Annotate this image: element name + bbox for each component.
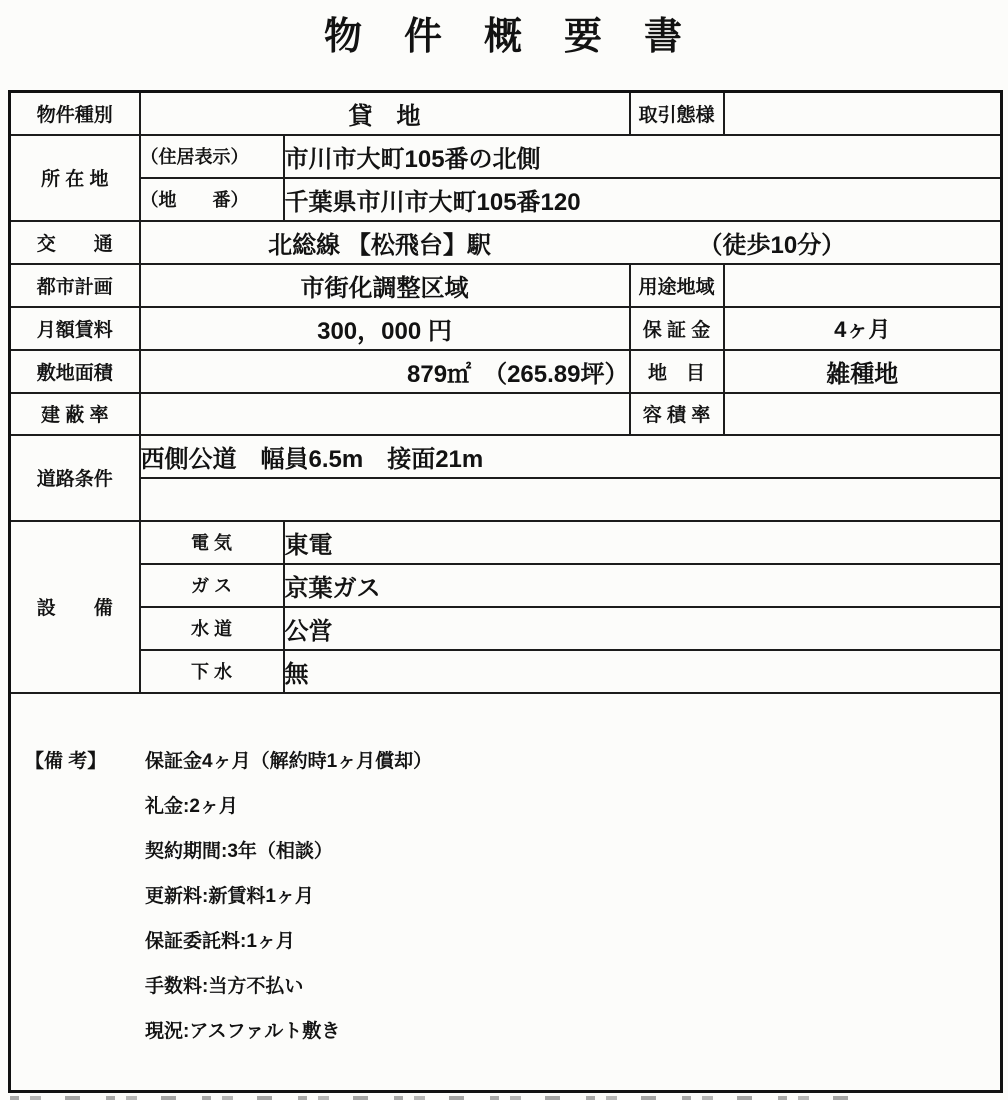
location-lot-number-label: （地 番） [140, 178, 284, 221]
access-walk-time: （徒歩10分） [699, 225, 846, 260]
table-row: （地 番） 千葉県市川市大町105番120 [10, 178, 1002, 221]
property-type-label: 物件種別 [10, 92, 140, 135]
road-conditions-line2 [140, 478, 1002, 521]
table-row: 建 蔽 率 容 積 率 [10, 393, 1002, 435]
remarks-line: 現況:アスファルト敷き [145, 1009, 1000, 1054]
table-row: 都市計画 市街化調整区域 用途地域 [10, 264, 1002, 307]
deposit-label: 保 証 金 [630, 307, 724, 350]
access-value: 北総線 【松飛台】駅 [141, 225, 619, 260]
clipped-text-remnant [10, 1096, 850, 1100]
deposit-value: 4ヶ月 [724, 307, 1002, 350]
utility-gas-label: ガ ス [140, 564, 284, 607]
road-conditions-line1: 西側公道 幅員6.5m 接面21m [140, 435, 1002, 478]
location-address-display-label: （住居表示） [140, 135, 284, 178]
table-row [10, 478, 1002, 521]
monthly-rent-label: 月額賃料 [10, 307, 140, 350]
access-label: 交 通 [10, 221, 140, 264]
location-label: 所 在 地 [10, 135, 140, 221]
table-row: 道路条件 西側公道 幅員6.5m 接面21m [10, 435, 1002, 478]
site-area-value: 879㎡ （265.89坪） [140, 350, 630, 393]
transaction-type-label: 取引態様 [630, 92, 724, 135]
land-category-label: 地 目 [630, 350, 724, 393]
utility-electric-value: 東電 [284, 521, 1002, 564]
remarks-line: 契約期間:3年（相談） [145, 829, 1000, 874]
remarks-section: 【備 考】 保証金4ヶ月（解約時1ヶ月償却） 礼金:2ヶ月 契約期間:3年（相談… [11, 729, 1000, 1054]
remarks-lines: 保証金4ヶ月（解約時1ヶ月償却） 礼金:2ヶ月 契約期間:3年（相談） 更新料:… [145, 739, 1000, 1054]
summary-table: 物件種別 貸 地 取引態様 所 在 地 （住居表示） 市川市大町105番の北側 … [8, 90, 1003, 1093]
remarks-label: 【備 考】 [11, 739, 145, 1054]
city-planning-value: 市街化調整区域 [140, 264, 630, 307]
utility-sewer-value: 無 [284, 650, 1002, 693]
page-title: 物 件 概 要 書 [0, 5, 1008, 60]
land-category-value: 雑種地 [724, 350, 1002, 393]
location-address-display-value: 市川市大町105番の北側 [284, 135, 1002, 178]
remarks-line: 礼金:2ヶ月 [145, 784, 1000, 829]
table-row: ガ ス 京葉ガス [10, 564, 1002, 607]
property-type-value: 貸 地 [140, 92, 630, 135]
utility-water-value: 公営 [284, 607, 1002, 650]
city-planning-label: 都市計画 [10, 264, 140, 307]
table-row: 所 在 地 （住居表示） 市川市大町105番の北側 [10, 135, 1002, 178]
building-coverage-value [140, 393, 630, 435]
utility-electric-label: 電 気 [140, 521, 284, 564]
table-row: 【備 考】 保証金4ヶ月（解約時1ヶ月償却） 礼金:2ヶ月 契約期間:3年（相談… [10, 693, 1002, 1092]
remarks-line: 保証金4ヶ月（解約時1ヶ月償却） [145, 739, 1000, 784]
table-row: 下 水 無 [10, 650, 1002, 693]
remarks-line: 手数料:当方不払い [145, 964, 1000, 1009]
utility-water-label: 水 道 [140, 607, 284, 650]
utilities-label: 設 備 [10, 521, 140, 693]
monthly-rent-value: 300，000 円 [140, 307, 630, 350]
location-lot-number-value: 千葉県市川市大町105番120 [284, 178, 1002, 221]
utility-gas-value: 京葉ガス [284, 564, 1002, 607]
zoning-value [724, 264, 1002, 307]
remarks-line: 保証委託料:1ヶ月 [145, 919, 1000, 964]
building-coverage-label: 建 蔽 率 [10, 393, 140, 435]
access-value-wrap: 北総線 【松飛台】駅 （徒歩10分） [141, 225, 1001, 260]
utility-sewer-label: 下 水 [140, 650, 284, 693]
table-row: 交 通 北総線 【松飛台】駅 （徒歩10分） [10, 221, 1002, 264]
table-row: 月額賃料 300，000 円 保 証 金 4ヶ月 [10, 307, 1002, 350]
floor-area-ratio-label: 容 積 率 [630, 393, 724, 435]
site-area-label: 敷地面積 [10, 350, 140, 393]
table-row: 敷地面積 879㎡ （265.89坪） 地 目 雑種地 [10, 350, 1002, 393]
zoning-label: 用途地域 [630, 264, 724, 307]
floor-area-ratio-value [724, 393, 1002, 435]
table-row: 水 道 公営 [10, 607, 1002, 650]
table-row: 物件種別 貸 地 取引態様 [10, 92, 1002, 135]
property-summary-sheet: 物 件 概 要 書 物件種別 貸 地 取引態様 所 在 地 （住居表示） 市川市… [0, 0, 1008, 1100]
remarks-line: 更新料:新賃料1ヶ月 [145, 874, 1000, 919]
road-conditions-label: 道路条件 [10, 435, 140, 521]
table-row: 設 備 電 気 東電 [10, 521, 1002, 564]
transaction-type-value [724, 92, 1002, 135]
